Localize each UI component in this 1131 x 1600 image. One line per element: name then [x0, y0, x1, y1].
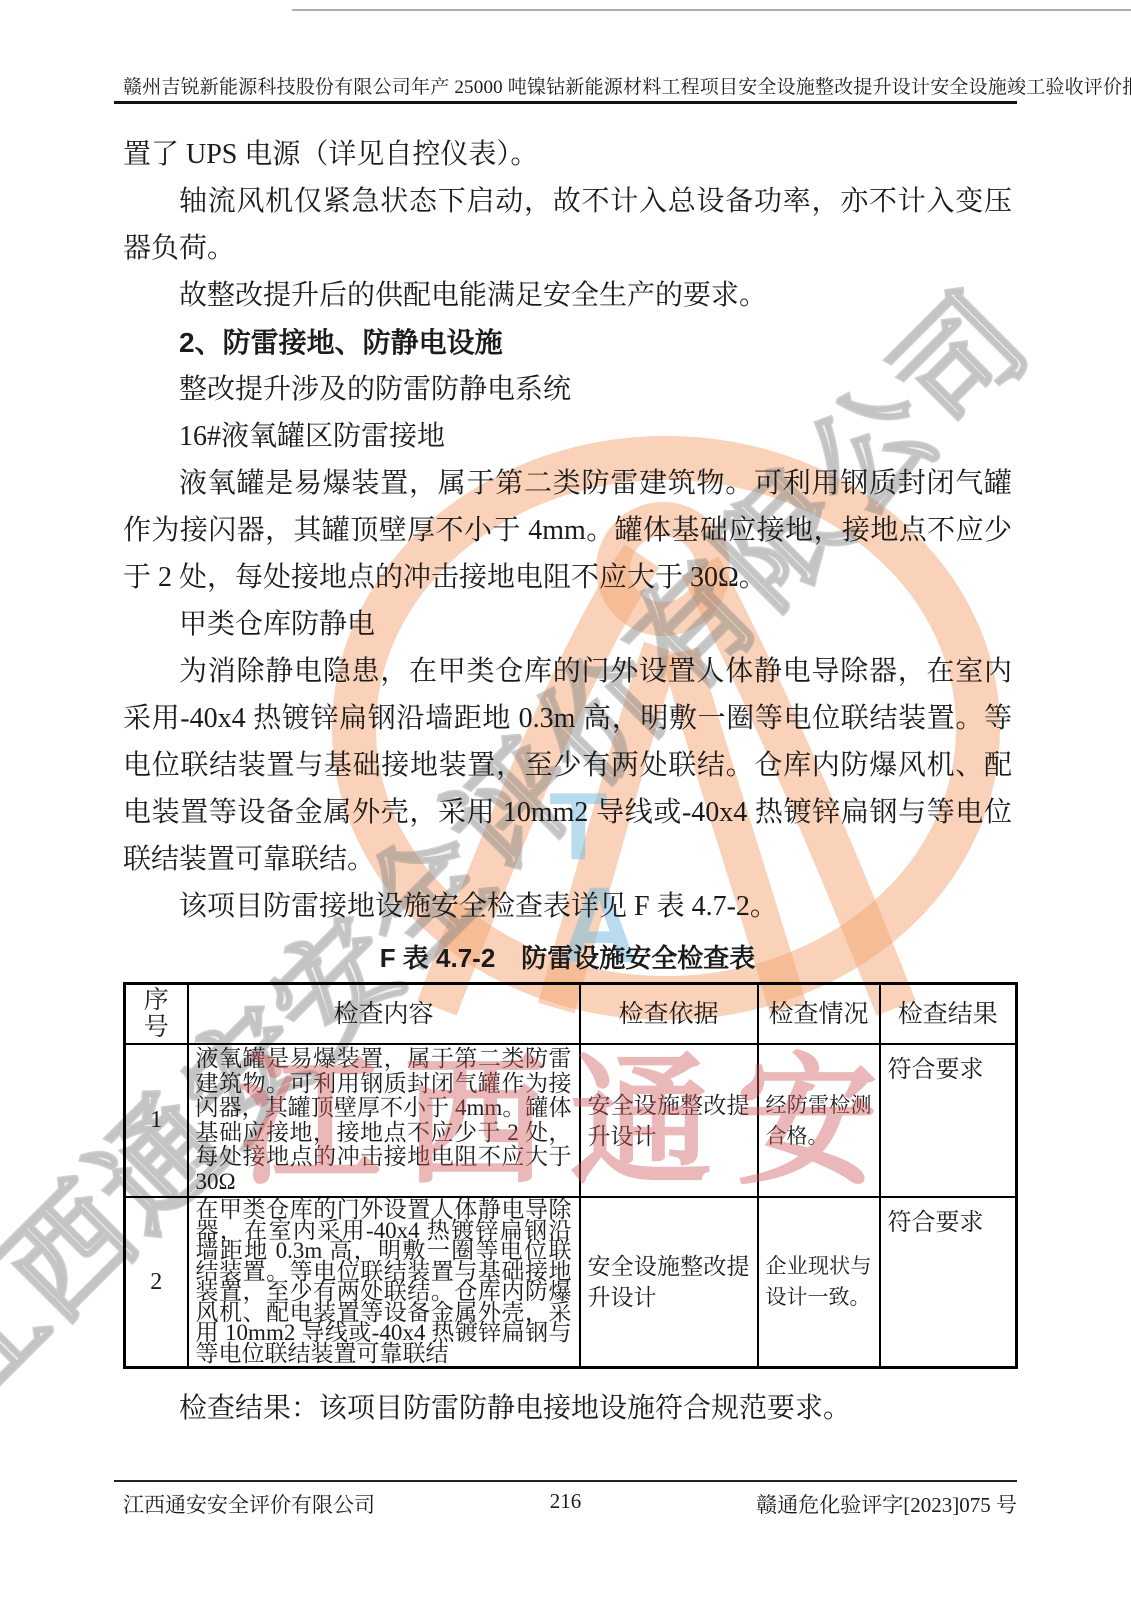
- footer-rule: [114, 1480, 1017, 1482]
- row-basis: 安全设施整改提升设计: [580, 1197, 758, 1368]
- inspection-table: 序号 检查内容 检查依据 检查情况 检查结果 1 液氧罐是易爆装置，属于第二类防…: [123, 982, 1018, 1369]
- body-paragraph: 整改提升涉及的防雷防静电系统: [123, 366, 1012, 413]
- footer-doc-number: 赣通危化验评字[2023]075 号: [756, 1489, 1017, 1519]
- row-content: 液氧罐是易爆装置，属于第二类防雷建筑物。可利用钢质封闭气罐作为接闪器，其罐顶壁厚…: [188, 1044, 580, 1197]
- body-paragraph: 故整改提升后的供配电能满足安全生产的要求。: [123, 272, 1012, 319]
- row-result: 符合要求: [880, 1044, 1017, 1197]
- col-header-situation: 检查情况: [758, 984, 880, 1045]
- col-header-result: 检查结果: [880, 984, 1017, 1045]
- row-no: 1: [125, 1044, 188, 1197]
- row-situation: 企业现状与设计一致。: [758, 1197, 880, 1368]
- scan-artifact-line: [292, 9, 1131, 11]
- col-header-no: 序号: [125, 984, 188, 1045]
- body-paragraph: 为消除静电隐患，在甲类仓库的门外设置人体静电导除器，在室内采用-40x4 热镀锌…: [123, 648, 1012, 883]
- row-no: 2: [125, 1197, 188, 1368]
- body-paragraph: 液氧罐是易爆装置，属于第二类防雷建筑物。可利用钢质封闭气罐作为接闪器，其罐顶壁厚…: [123, 460, 1012, 601]
- row-situation: 经防雷检测合格。: [758, 1044, 880, 1197]
- page-body: 置了 UPS 电源（详见自控仪表）。 轴流风机仅紧急状态下启动，故不计入总设备功…: [123, 131, 1012, 1432]
- document-page: T A 江西通安安全评价有限公司 江西通安 赣州吉锐新能源科技股份有限公司年产 …: [0, 0, 1131, 1600]
- body-paragraph: 置了 UPS 电源（详见自控仪表）。: [123, 131, 1012, 178]
- header-rule: [114, 101, 1017, 104]
- row-content: 在甲类仓库的门外设置人体静电导除器，在室内采用-40x4 热镀锌扁钢沿墙距地 0…: [188, 1197, 580, 1368]
- closing-paragraph: 检查结果：该项目防雷防静电接地设施符合规范要求。: [123, 1385, 1012, 1432]
- table-header-row: 序号 检查内容 检查依据 检查情况 检查结果: [125, 984, 1017, 1045]
- body-paragraph: 轴流风机仅紧急状态下启动，故不计入总设备功率，亦不计入变压器负荷。: [123, 178, 1012, 272]
- row-basis: 安全设施整改提升设计: [580, 1044, 758, 1197]
- table-row: 1 液氧罐是易爆装置，属于第二类防雷建筑物。可利用钢质封闭气罐作为接闪器，其罐顶…: [125, 1044, 1017, 1197]
- section-heading: 2、防雷接地、防静电设施: [123, 319, 1012, 366]
- table-title: F 表 4.7-2 防雷设施安全检查表: [123, 940, 1012, 976]
- table-row: 2 在甲类仓库的门外设置人体静电导除器，在室内采用-40x4 热镀锌扁钢沿墙距地…: [125, 1197, 1017, 1368]
- col-header-basis: 检查依据: [580, 984, 758, 1045]
- row-result: 符合要求: [880, 1197, 1017, 1368]
- body-paragraph: 该项目防雷接地设施安全检查表详见 F 表 4.7-2。: [123, 883, 1012, 930]
- body-paragraph: 甲类仓库防静电: [123, 601, 1012, 648]
- col-header-content: 检查内容: [188, 984, 580, 1045]
- header-title: 赣州吉锐新能源科技股份有限公司年产 25000 吨镍钴新能源材料工程项目安全设施…: [123, 72, 1028, 99]
- body-paragraph: 16#液氧罐区防雷接地: [123, 413, 1012, 460]
